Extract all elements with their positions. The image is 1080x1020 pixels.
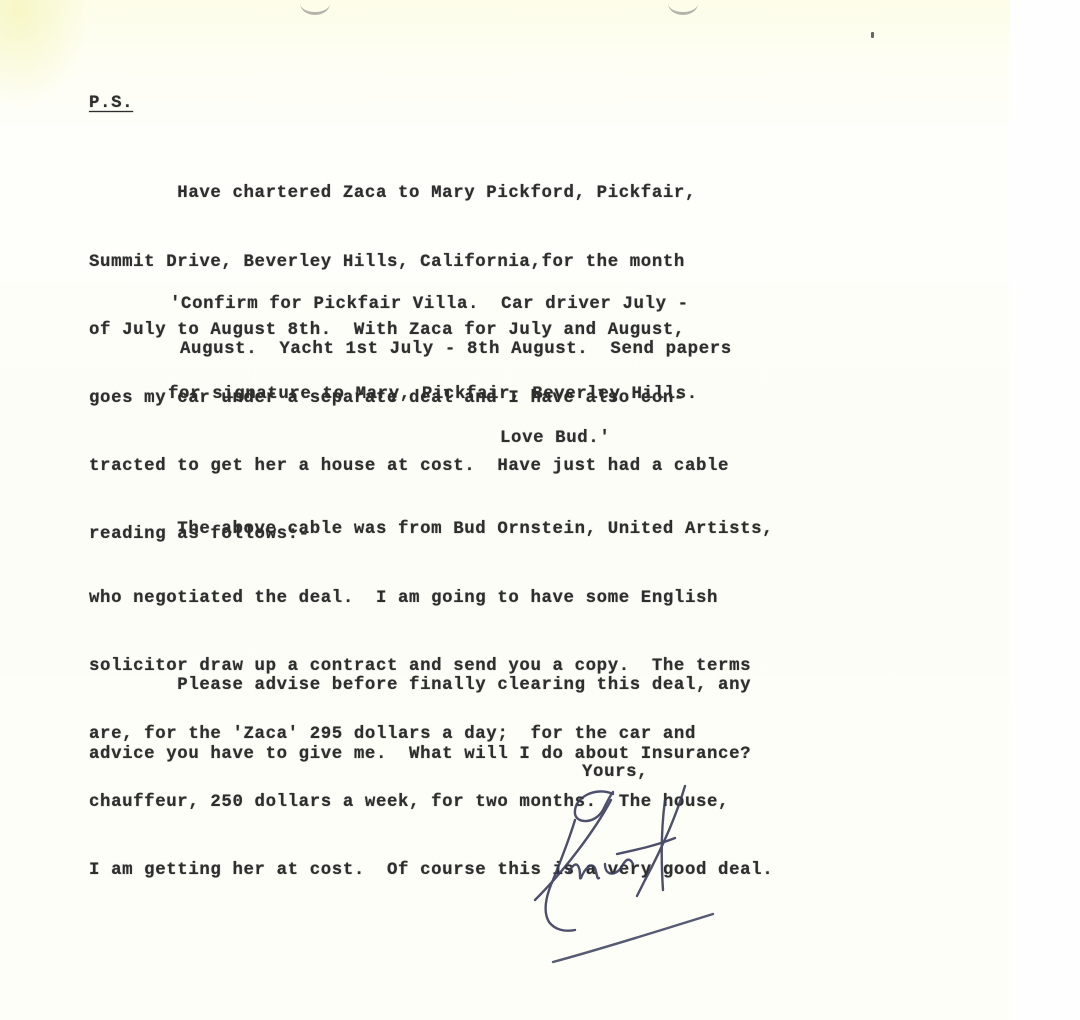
cable-line: August. Yacht 1st July - 8th August. Sen… xyxy=(180,339,732,362)
cable-signoff: Love Bud.' xyxy=(500,428,610,451)
cable-line: 'Confirm for Pickfair Villa. Car driver … xyxy=(170,294,689,317)
cable-line: for signature to Mary, Pickfair, Beverle… xyxy=(168,384,698,407)
text-line: Please advise before finally clearing th… xyxy=(89,675,751,698)
scan-margin xyxy=(1010,0,1080,1020)
punch-hole-mark xyxy=(668,0,698,15)
punch-hole-mark xyxy=(300,0,330,15)
letter-page: P.S. Have chartered Zaca to Mary Pickfor… xyxy=(0,0,1010,1020)
ink-speck xyxy=(871,32,874,38)
signature-icon xyxy=(525,780,725,970)
text-line: The above cable was from Bud Ornstein, U… xyxy=(89,519,773,542)
text-line: Have chartered Zaca to Mary Pickford, Pi… xyxy=(89,183,729,206)
text-line: who negotiated the deal. I am going to h… xyxy=(89,588,773,611)
text-line: advice you have to give me. What will I … xyxy=(89,744,751,767)
text-line: Summit Drive, Beverley Hills, California… xyxy=(89,252,729,275)
postscript-heading: P.S. xyxy=(89,93,133,116)
